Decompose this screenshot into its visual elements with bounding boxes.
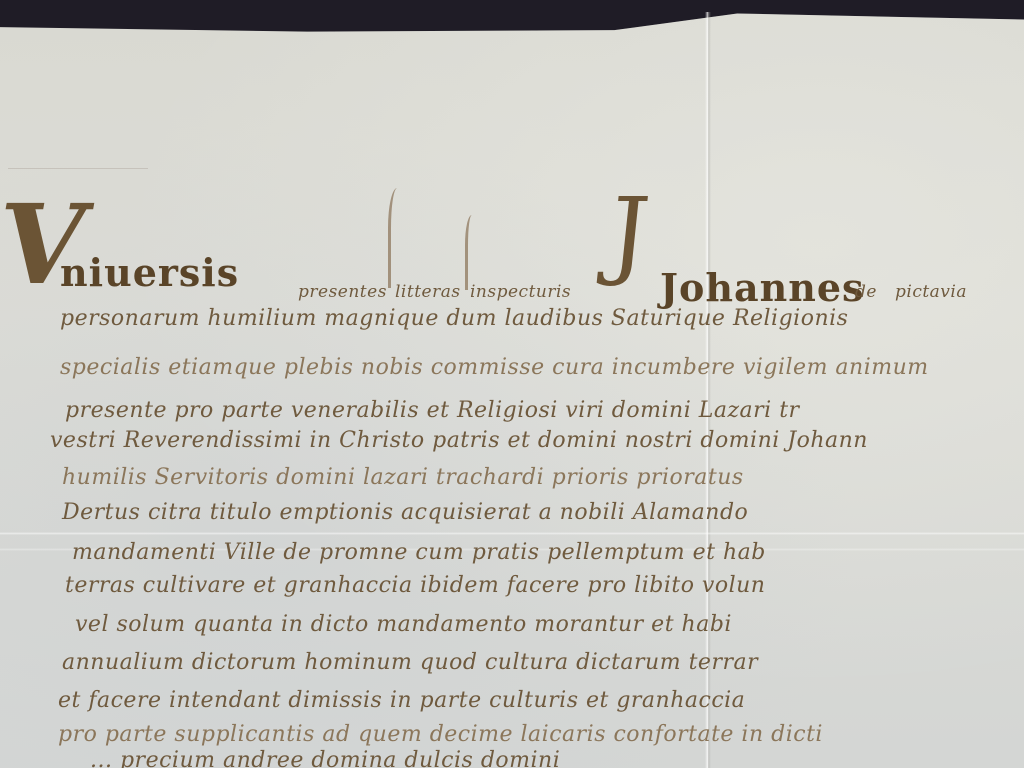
decorated-initial-j: J	[605, 185, 654, 281]
document-frame: V niuersis presentes litteras inspecturi…	[0, 0, 1024, 768]
manuscript-text: V niuersis presentes litteras inspecturi…	[0, 0, 1024, 768]
heading-word: litteras	[395, 282, 461, 302]
text-line-8: terras cultivare et granhaccia ibidem fa…	[65, 573, 765, 598]
text-line-7: mandamenti Ville de promne cum pratis pe…	[72, 540, 766, 565]
text-line-13: ... precium andree domina dulcis domini	[90, 748, 560, 768]
text-line-4: vestri Reverendissimi in Christo patris …	[50, 428, 868, 453]
ascender-flourish	[465, 215, 482, 290]
text-line-6: Dertus citra titulo emptionis acquisiera…	[62, 500, 748, 525]
heading-word: inspecturis	[470, 282, 571, 302]
heading-word: pictavia	[895, 282, 967, 302]
heading-word: presentes	[298, 282, 387, 302]
text-line-2: specialis etiamque plebis nobis commisse…	[60, 355, 929, 380]
text-line-11: et facere intendant dimissis in parte cu…	[58, 688, 745, 713]
text-line-10: annualium dictorum hominum quod cultura …	[62, 650, 758, 675]
text-line-9: vel solum quanta in dicto mandamento mor…	[75, 612, 732, 637]
text-line-5: humilis Servitoris domini lazari trachar…	[62, 465, 744, 490]
text-line-1: personarum humilium magnique dum laudibu…	[60, 306, 848, 331]
ascender-flourish	[388, 188, 411, 288]
heading-first-word: niuersis	[60, 250, 239, 295]
text-line-12: pro parte supplicantis ad quem decime la…	[58, 722, 823, 747]
text-line-3: presente pro parte venerabilis et Religi…	[65, 398, 800, 423]
heading-name: Johannes	[660, 265, 864, 310]
heading-word: de	[855, 282, 877, 302]
